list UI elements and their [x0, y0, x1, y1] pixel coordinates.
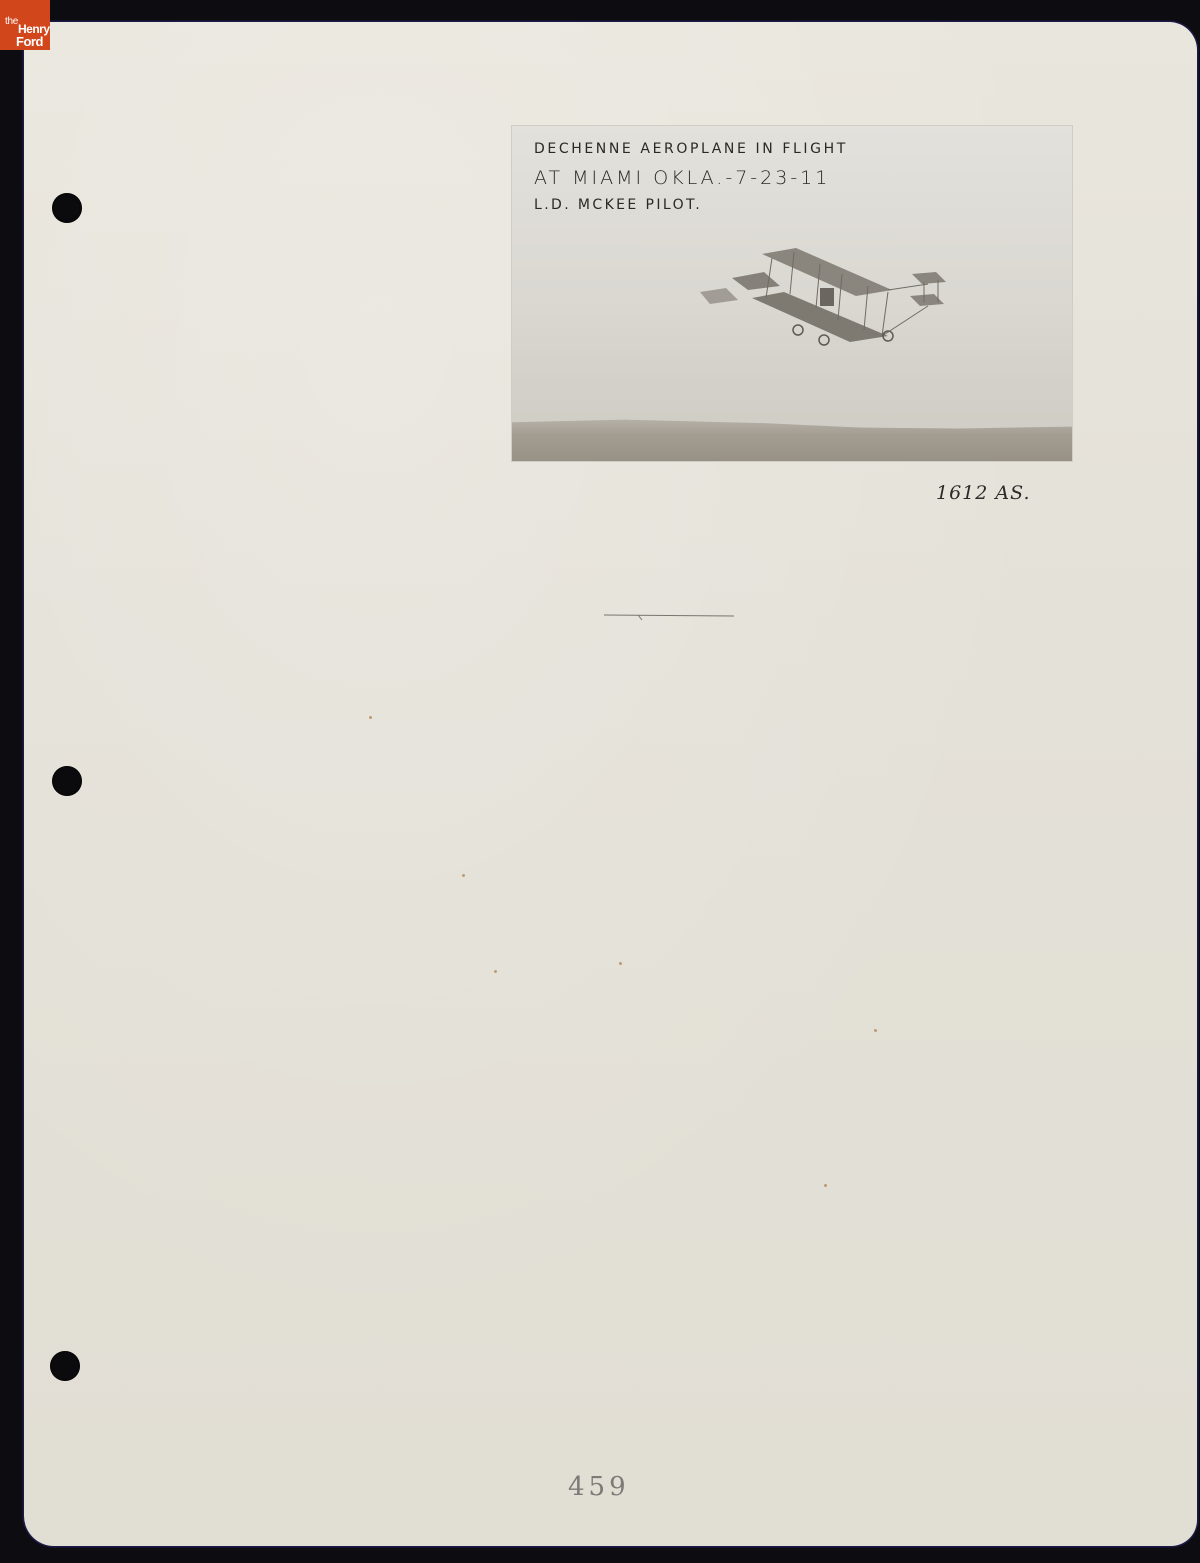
catalog-number: 1612 AS.	[936, 482, 1031, 504]
caption-line-2: at Miami Okla.-7-23-11	[534, 169, 848, 188]
paper-speck	[619, 962, 622, 965]
album-page: DeChenne Aeroplane in Flight at Miami Ok…	[24, 22, 1197, 1546]
henry-ford-logo: the Henry Ford	[0, 0, 50, 50]
scan-stage: the Henry Ford DeChenne Aeroplane in Fli…	[0, 0, 1200, 1563]
mounted-photograph: DeChenne Aeroplane in Flight at Miami Ok…	[512, 126, 1072, 461]
logo-text-the: the	[5, 17, 18, 27]
logo-text-ford: Ford	[16, 35, 43, 48]
paper-speck	[494, 970, 497, 973]
binder-hole-bottom-icon	[50, 1351, 80, 1381]
paper-speck	[874, 1029, 877, 1032]
paper-speck	[824, 1184, 827, 1187]
pencil-line-mark	[604, 612, 734, 622]
biplane-icon	[692, 244, 952, 354]
photo-caption: DeChenne Aeroplane in Flight at Miami Ok…	[534, 142, 848, 212]
binder-hole-top-icon	[52, 193, 82, 223]
paper-speck	[462, 874, 465, 877]
caption-line-1: DeChenne Aeroplane in Flight	[534, 142, 848, 156]
paper-speck	[369, 716, 372, 719]
page-number: 459	[568, 1472, 630, 1502]
caption-line-3: L.D. McKee Pilot.	[534, 198, 848, 212]
binder-hole-middle-icon	[52, 766, 82, 796]
